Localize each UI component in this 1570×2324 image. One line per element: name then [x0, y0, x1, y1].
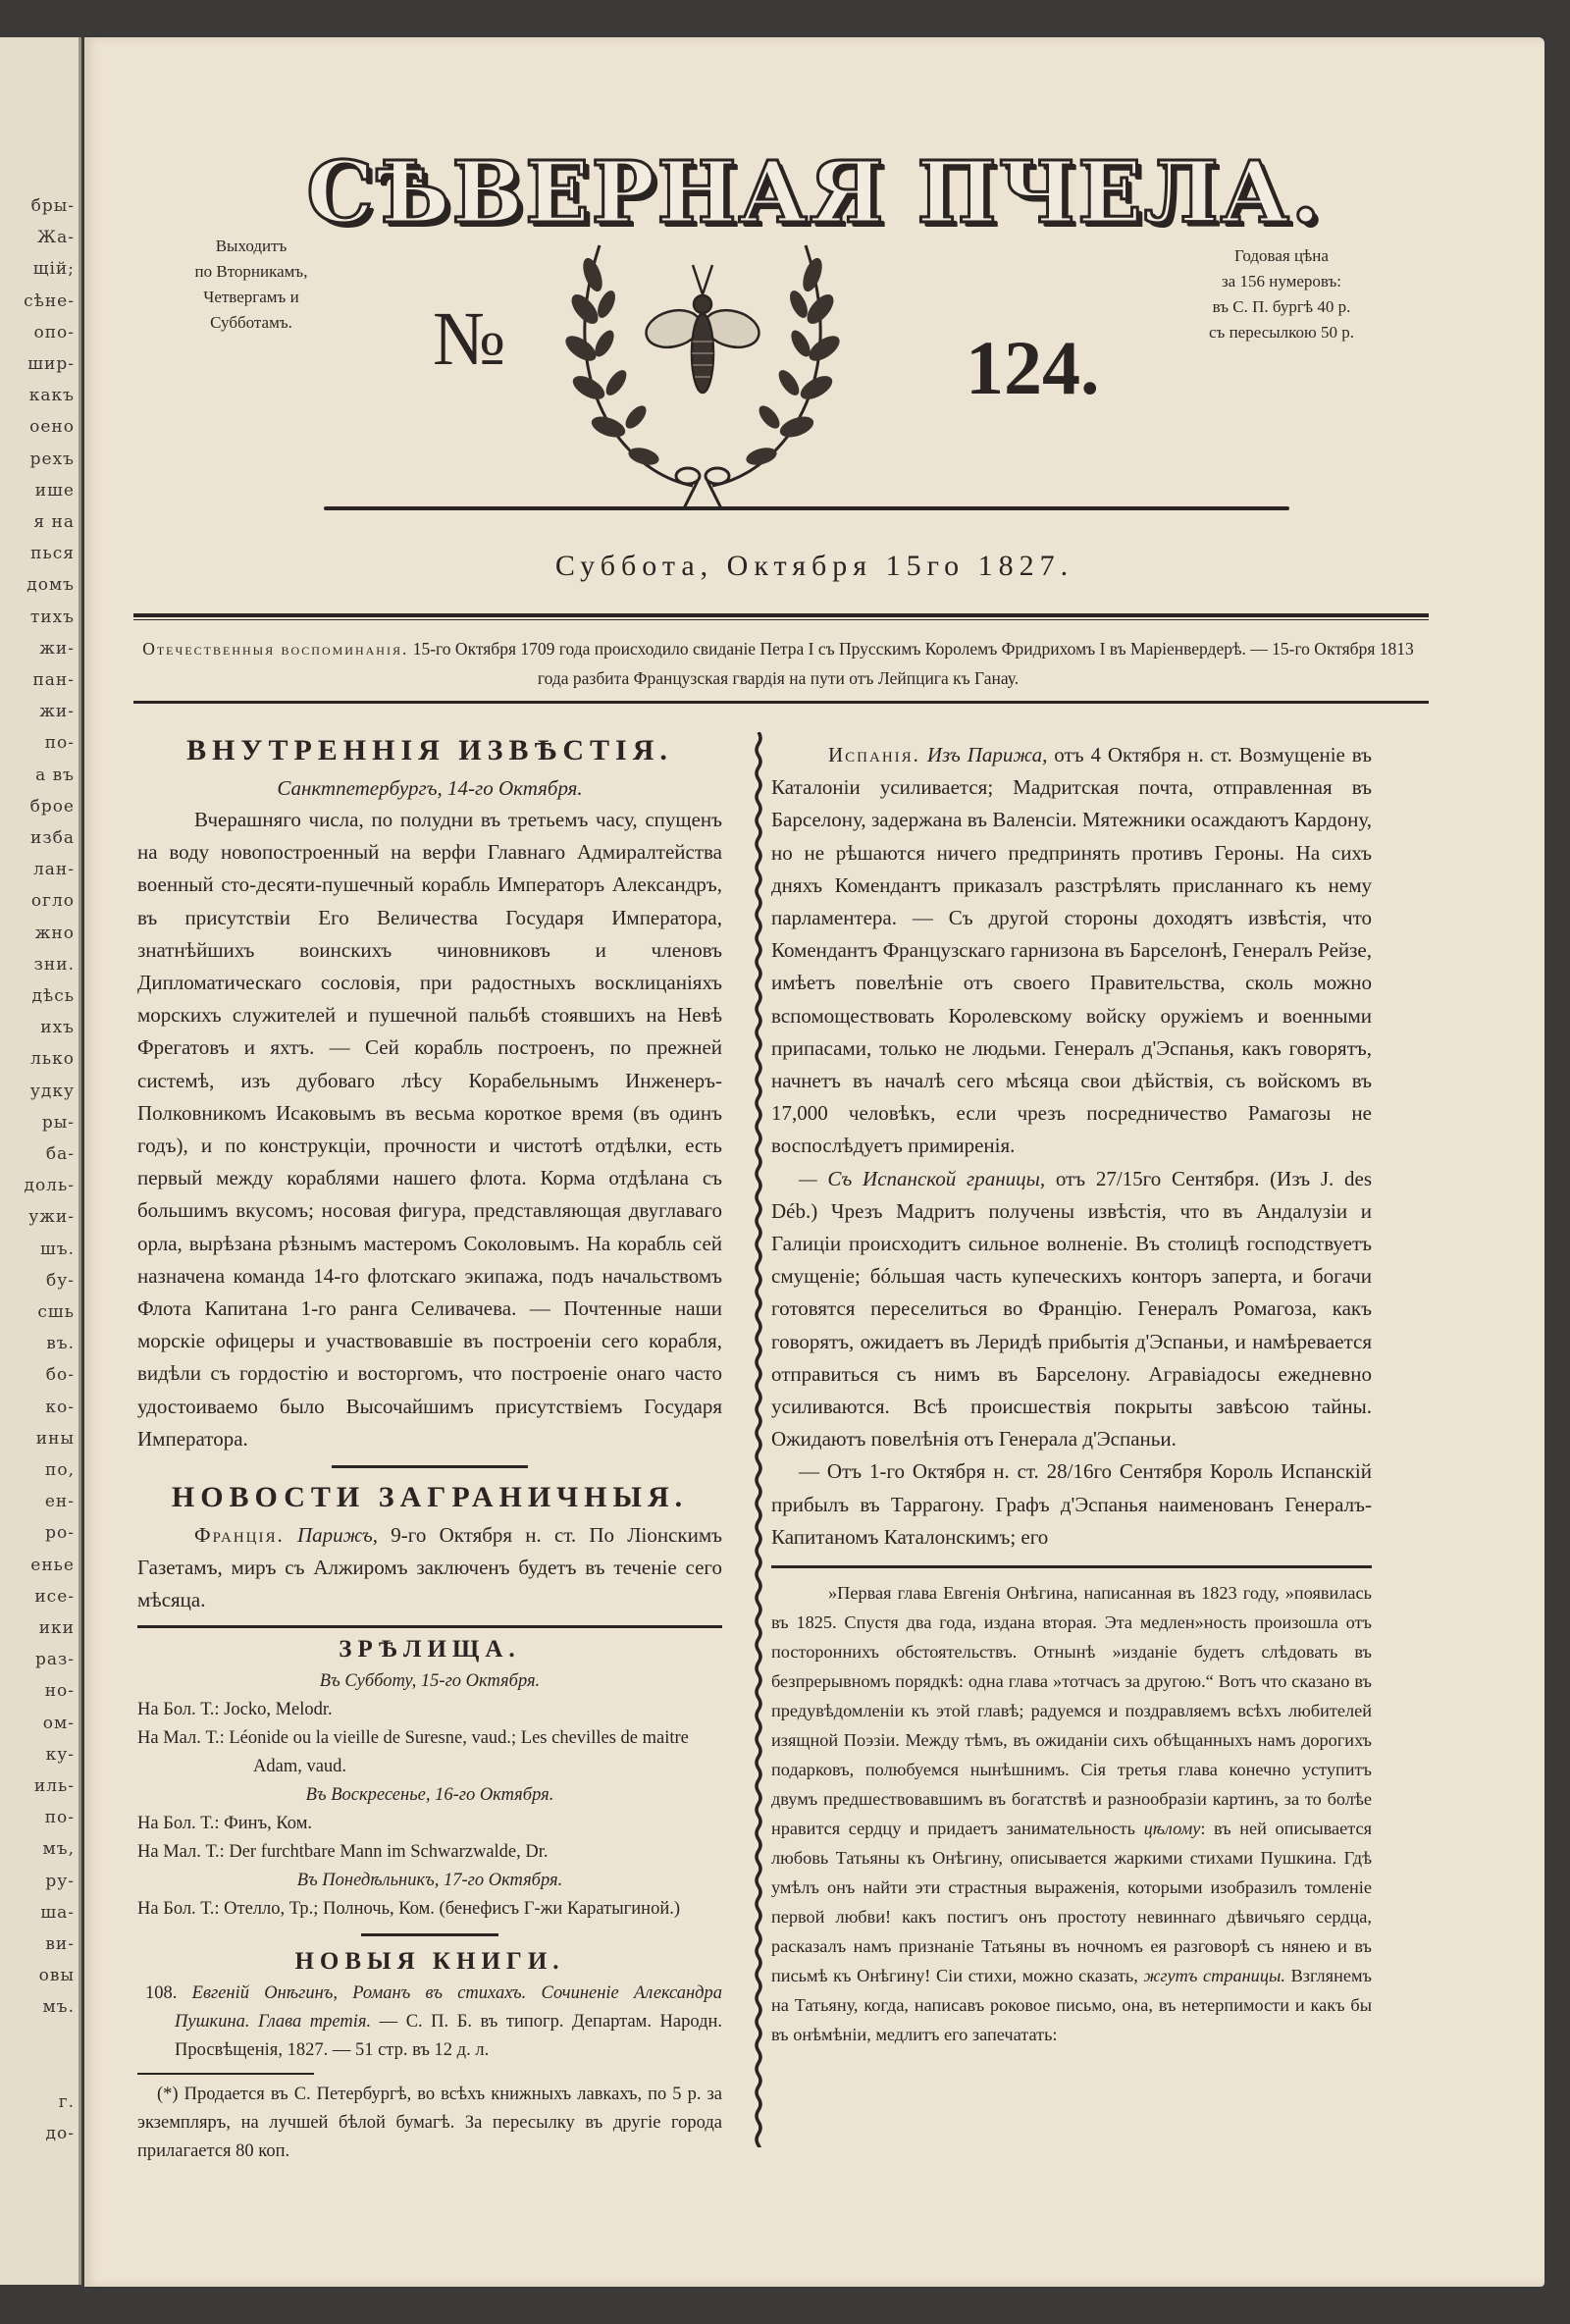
remembrances-text: 15-го Октября 1709 года происходило свид…: [413, 639, 1414, 688]
fragment-line: ба-: [46, 1144, 75, 1164]
program: Der furchtbare Mann im Schwarzwalde, Dr.: [229, 1842, 548, 1862]
fragment-line: а въ: [35, 766, 75, 785]
program: Jocko, Melodr.: [224, 1700, 332, 1719]
price-line: въ С. П. бургѣ 40 р.: [1174, 294, 1389, 320]
fragment-line: лько: [30, 1049, 75, 1069]
fragment-line: исе-: [34, 1587, 75, 1607]
fragment-line: ры-: [42, 1113, 75, 1133]
issue-number: 124.: [966, 324, 1100, 412]
fragment-line: ише: [35, 481, 75, 501]
review-text: : въ ней описывается любовь Татьяны къ О…: [771, 1819, 1372, 1985]
fragment-line: сѣне-: [24, 291, 75, 311]
newspaper-page: СѢВЕРНАЯ ПЧЕЛА. Выходитъ по Вторникамъ, …: [84, 37, 1544, 2287]
bee-in-laurel-wreath-icon: [546, 236, 860, 510]
border-article: — Съ Испанской границы, отъ 27/15го Сент…: [771, 1163, 1372, 1456]
fragment-line: до-: [46, 2124, 75, 2143]
divider: [137, 1625, 722, 1628]
fragment-line: въ.: [46, 1334, 75, 1353]
fragment-line: г.: [59, 2092, 75, 2112]
domestic-article: Вчерашняго числа, по полудни въ третьемъ…: [137, 804, 722, 1455]
double-rule-bottom: [133, 619, 1429, 620]
source-label: — Съ Испанской границы,: [799, 1167, 1045, 1190]
fragment-line: по-: [45, 733, 75, 753]
domestic-dateline: Санктпетербургъ, 14-го Октября.: [137, 772, 722, 804]
column-divider: [754, 732, 763, 2147]
place-label: Парижъ,: [297, 1523, 378, 1547]
fragment-line: шъ.: [40, 1240, 75, 1259]
theatre-entry: На Бол. Т.: Jocko, Melodr.: [137, 1696, 722, 1724]
fragment-line: мъ,: [43, 1839, 75, 1859]
footnote-rule: [137, 2073, 314, 2075]
theatre-entry: На Мал. Т.: Léonide ou la vieille de Sur…: [137, 1724, 722, 1781]
masthead-rule: [324, 506, 1289, 510]
divider: [361, 1933, 498, 1936]
fragment-line: по-: [45, 1808, 75, 1827]
theatre-entry: На Мал. Т.: Der furchtbare Mann im Schwa…: [137, 1838, 722, 1867]
fragment-line: сшь: [37, 1302, 75, 1322]
program: Финъ, Ком.: [224, 1814, 312, 1833]
fragment-line: огло: [31, 891, 75, 911]
fragment-line: ку-: [46, 1745, 75, 1765]
review-text: »Первая глава Евгенія Онѣгина, написанна…: [771, 1583, 1372, 1838]
fragment-line: пан-: [32, 670, 75, 690]
price-line: съ пересылкою 50 р.: [1174, 320, 1389, 345]
fragment-line: тихъ: [30, 607, 75, 627]
program: Отелло, Тр.; Полночь, Ком. (бенефисъ Г-ж…: [224, 1899, 680, 1919]
country-label: Испанія.: [828, 743, 920, 766]
fragment-line: пься: [30, 544, 75, 563]
fragment-line: жи-: [39, 639, 75, 659]
theatre-day: Въ Субботу, 15-го Октября.: [137, 1667, 722, 1696]
fragment-line: какъ: [29, 386, 75, 405]
theatre-listings: Въ Субботу, 15-го Октября. На Бол. Т.: J…: [137, 1667, 722, 1924]
review-emphasis: жгутъ страницы.: [1143, 1966, 1285, 1985]
spain-article: Испанія. Изъ Парижа, отъ 4 Октября н. ст…: [771, 739, 1372, 1163]
fragment-line: доль-: [24, 1176, 75, 1195]
divider: [332, 1465, 528, 1468]
fragment-line: по,: [45, 1460, 75, 1480]
fragment-line: зни.: [34, 955, 75, 975]
article-text: отъ 27/15го Сентября. (Изъ J. des Déb.) …: [771, 1167, 1372, 1452]
fragment-line: иль-: [34, 1776, 75, 1796]
section-rule: [133, 701, 1429, 704]
theatre-day: Въ Воскресенье, 16-го Октября.: [137, 1781, 722, 1810]
theatre-day: Въ Понедѣльникъ, 17-го Октября.: [137, 1867, 722, 1895]
fragment-line: ко-: [45, 1398, 75, 1417]
left-column: ВНУТРЕННІЯ ИЗВѢСТІЯ. Санктпетербургъ, 14…: [137, 729, 722, 2166]
fragment-line: брое: [30, 797, 75, 817]
fragment-line: ом-: [43, 1714, 75, 1733]
new-books-heading: НОВЫЯ КНИГИ.: [137, 1944, 722, 1980]
foreign-news-heading: НОВОСТИ ЗАГРАНИЧНЫЯ.: [137, 1476, 722, 1519]
price-line: Годовая цѣна: [1174, 243, 1389, 269]
country-label: Франція.: [194, 1523, 285, 1547]
fragment-line: бу-: [46, 1271, 75, 1291]
masthead-title: СѢВЕРНАЯ ПЧЕЛА.: [84, 143, 1544, 242]
fragment-line: ужи-: [28, 1207, 75, 1227]
schedule-line: Четвергамъ и: [153, 285, 349, 310]
theatre-heading: ЗРѢЛИЩА.: [137, 1632, 722, 1667]
fragment-line: я на: [33, 512, 75, 532]
fragment-line: ихъ: [40, 1018, 75, 1037]
fragment-line: ро-: [45, 1523, 75, 1543]
venue: На Бол. Т.:: [137, 1899, 220, 1919]
theatre-entry: На Бол. Т.: Отелло, Тр.; Полночь, Ком. (…: [137, 1895, 722, 1924]
schedule-line: Выходитъ: [153, 234, 349, 259]
fragment-line: Жа-: [37, 228, 75, 247]
domestic-news-heading: ВНУТРЕННІЯ ИЗВѢСТІЯ.: [137, 729, 722, 772]
number-sign: №: [433, 294, 505, 383]
program: Léonide ou la vieille de Suresne, vaud.;…: [229, 1728, 689, 1776]
fragment-line: ен-: [45, 1492, 75, 1511]
issue-date: Суббота, Октября 15го 1827.: [84, 550, 1544, 583]
fragment-line: лан-: [33, 860, 75, 879]
fragment-line: енье: [30, 1556, 75, 1575]
divider: [771, 1565, 1372, 1568]
book-footnote: (*) Продается въ С. Петербургѣ, во всѣхъ…: [137, 2081, 722, 2166]
price-line: за 156 нумеровъ:: [1174, 269, 1389, 294]
fragment-line: удку: [30, 1082, 75, 1101]
fragment-line: ики: [39, 1618, 75, 1638]
fragment-line: ины: [36, 1429, 75, 1449]
fragment-line: бры-: [31, 196, 75, 216]
schedule-line: Субботамъ.: [153, 310, 349, 336]
schedule-line: по Вторникамъ,: [153, 259, 349, 285]
theatre-entry: На Бол. Т.: Финъ, Ком.: [137, 1810, 722, 1838]
venue: На Мал. Т.:: [137, 1728, 225, 1748]
venue: На Мал. Т.:: [137, 1842, 225, 1862]
fragment-line: раз-: [35, 1650, 75, 1669]
double-rule-top: [133, 613, 1429, 617]
remembrances-block: Отечественныя воспоминанія. 15-го Октябр…: [135, 634, 1421, 693]
source-label: Изъ Парижа,: [927, 743, 1048, 766]
fragment-line: шир-: [27, 354, 75, 374]
fragment-line: дѣсь: [32, 986, 76, 1006]
fragment-line: жно: [35, 924, 75, 943]
fragment-line: но-: [45, 1681, 75, 1701]
fragment-line: ру-: [45, 1872, 75, 1891]
right-column: Испанія. Изъ Парижа, отъ 4 Октября н. ст…: [771, 729, 1372, 2049]
fragment-line: щій;: [33, 259, 75, 279]
king-article: — Отъ 1-го Октября н. ст. 28/16го Сентяб…: [771, 1455, 1372, 1554]
article-text: отъ 4 Октября н. ст. Возмущеніе въ Катал…: [771, 743, 1372, 1157]
fragment-line: рехъ: [30, 449, 75, 469]
fragment-line: изба: [30, 828, 75, 848]
fragment-line: оено: [29, 417, 75, 437]
adjacent-page-fragment: бры-Жа-щій;сѣне-опо-шир-какъоенорехъишея…: [0, 37, 81, 2285]
remembrances-label: Отечественныя воспоминанія.: [142, 639, 408, 659]
publication-schedule: Выходитъ по Вторникамъ, Четвергамъ и Суб…: [153, 234, 349, 336]
foreign-article: Франція. Парижъ, 9-го Октября н. ст. По …: [137, 1519, 722, 1617]
fragment-line: жи-: [39, 702, 75, 721]
annual-price: Годовая цѣна за 156 нумеровъ: въ С. П. б…: [1174, 243, 1389, 345]
fragment-line: домъ: [26, 575, 75, 595]
review-emphasis: цѣлому: [1144, 1819, 1201, 1838]
book-entry: 108. Евгеній Онѣгинъ, Романъ въ стихахъ.…: [137, 1980, 722, 2065]
fragment-line: мъ.: [43, 1997, 75, 2017]
fragment-line: опо-: [33, 323, 75, 343]
venue: На Бол. Т.:: [137, 1700, 220, 1719]
fragment-line: овы: [39, 1966, 75, 1985]
fragment-line: ша-: [40, 1903, 75, 1923]
fragment-line: ви-: [45, 1934, 75, 1954]
book-number: 108.: [145, 1983, 177, 2003]
fragment-line: бо-: [46, 1365, 75, 1385]
onegin-review: »Первая глава Евгенія Онѣгина, написанна…: [771, 1578, 1372, 2049]
venue: На Бол. Т.:: [137, 1814, 220, 1833]
